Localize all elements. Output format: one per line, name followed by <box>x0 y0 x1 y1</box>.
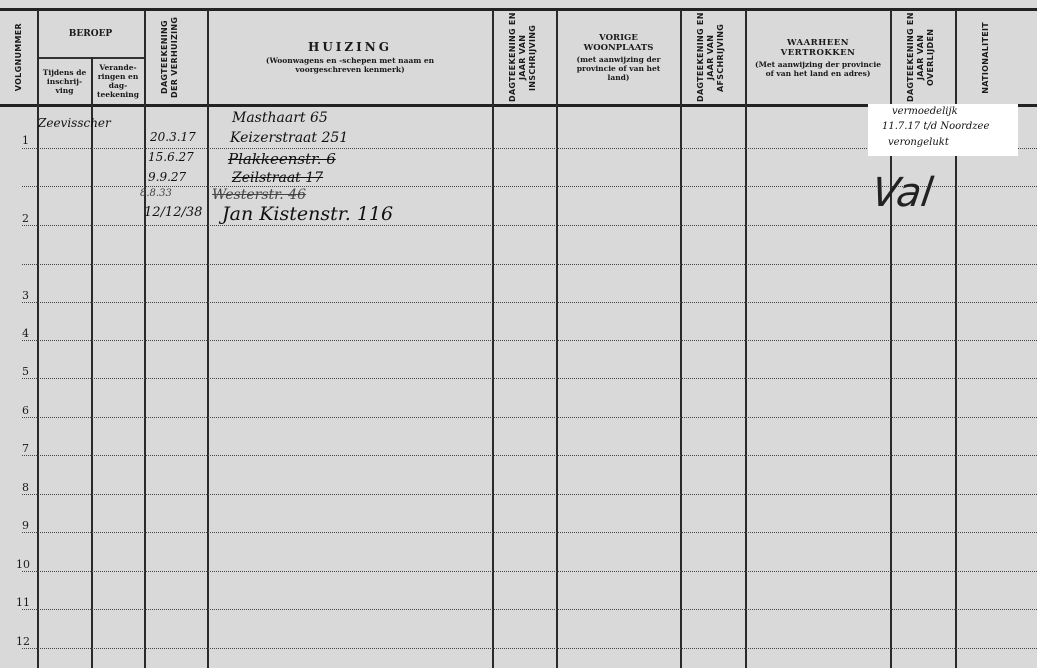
row-number: 9 <box>22 519 29 532</box>
header-beroep-label: BEROEP <box>69 29 112 39</box>
row-line <box>22 609 1037 610</box>
header-dagteekening-verhuizing: DAGTEEKENING DER VERHUIZING <box>145 11 207 104</box>
entry-address: Zeilstraat 17 <box>232 170 323 186</box>
entry-address: Masthaart 65 <box>232 110 328 126</box>
column-divider <box>37 10 39 668</box>
entry-date: 12/12/38 <box>144 205 202 220</box>
header-inschrijving-label: DAGTEEKENING EN JAAR VAN INSCHRIJVING <box>508 11 542 104</box>
header-beroep-veranderingen-label: Verande- ringen en dag- teekening <box>92 63 144 99</box>
header-volgnummer-label: VOLGNUMMER <box>14 23 24 91</box>
row-number: 8 <box>22 481 29 494</box>
row-number: 12 <box>16 635 30 648</box>
row-number: 6 <box>22 404 29 417</box>
row-line <box>22 378 1037 379</box>
column-divider <box>556 10 558 668</box>
entry-date: 15.6.27 <box>148 150 194 164</box>
row-line <box>22 340 1037 341</box>
header-afschrijving-label: DAGTEEKENING EN JAAR VAN AFSCHRIJVING <box>696 11 730 104</box>
header-vorige-title: VORIGE WOONPLAATS <box>579 33 659 53</box>
row-line <box>22 455 1037 456</box>
header-vorige-woonplaats: VORIGE WOONPLAATS (met aanwijzing der pr… <box>557 11 680 104</box>
column-divider <box>745 10 747 668</box>
header-waarheen-title: WAARHEEN VERTROKKEN <box>773 38 863 58</box>
entry-address: Plakkeenstr. 6 <box>228 150 336 168</box>
header-dagteekening-verhuizing-label: DAGTEEKENING DER VERHUIZING <box>160 11 192 104</box>
row-line <box>22 417 1037 418</box>
row-line <box>22 264 1037 265</box>
header-vorige-sub: (met aanwijzing der provincie of van het… <box>571 55 666 82</box>
overlijden-note: vermoedelijk 11.7.17 t/d Noordzee verong… <box>868 104 1018 156</box>
header-waarheen-sub: (Met aanwijzing der provincie of van het… <box>753 60 883 78</box>
entry-date: 8.8.33 <box>140 188 172 199</box>
column-divider <box>680 10 682 668</box>
row-number: 7 <box>22 442 29 455</box>
row-line <box>22 532 1037 533</box>
header-huizing: HUIZING (Woonwagens en -schepen met naam… <box>208 11 492 104</box>
header-huizing-sub: (Woonwagens en -schepen met naam en voor… <box>250 56 450 74</box>
row-number: 3 <box>22 289 29 302</box>
row-number: 5 <box>22 365 29 378</box>
column-divider <box>492 10 494 668</box>
entry-date: 20.3.17 <box>150 130 196 144</box>
header-inschrijving: DAGTEEKENING EN JAAR VAN INSCHRIJVING <box>493 11 556 104</box>
row-number: 10 <box>16 558 30 571</box>
header-volgnummer: VOLGNUMMER <box>0 11 37 104</box>
header-beroep-tijdens-label: Tijdens de inschrij- ving <box>38 68 91 95</box>
column-divider <box>207 10 209 668</box>
header-overlijden-label: DAGTEEKENING EN JAAR VAN OVERLIJDEN <box>906 11 940 104</box>
row-line <box>22 225 1037 226</box>
entry-address: Westerstr. 46 <box>212 187 306 203</box>
note-line: 11.7.17 t/d Noordzee <box>882 121 989 132</box>
header-nationaliteit-label: NATIONALITEIT <box>981 22 991 94</box>
note-line: vermoedelijk <box>892 106 958 117</box>
header-waarheen: WAARHEEN VERTROKKEN (Met aanwijzing der … <box>746 11 890 104</box>
signature: Val <box>869 170 936 216</box>
note-line: verongelukt <box>888 137 949 148</box>
row-number: 2 <box>22 212 29 225</box>
entry-beroep: Zeevisscher <box>38 116 111 130</box>
row-line <box>22 302 1037 303</box>
header-beroep-veranderingen: Verande- ringen en dag- teekening <box>92 58 144 104</box>
row-number: 1 <box>22 134 29 147</box>
entry-date: 9.9.27 <box>148 170 186 184</box>
column-divider <box>144 10 146 668</box>
header-overlijden: DAGTEEKENING EN JAAR VAN OVERLIJDEN <box>891 11 955 104</box>
header-beroep-tijdens: Tijdens de inschrij- ving <box>38 58 91 104</box>
row-number: 4 <box>22 327 29 340</box>
header-beroep: BEROEP <box>37 11 144 57</box>
header-nationaliteit: NATIONALITEIT <box>956 11 1016 104</box>
header-afschrijving: DAGTEEKENING EN JAAR VAN AFSCHRIJVING <box>681 11 745 104</box>
entry-address: Jan Kistenstr. 116 <box>222 203 393 225</box>
row-line <box>22 494 1037 495</box>
row-number: 11 <box>16 596 30 609</box>
header-huizing-title: HUIZING <box>308 42 392 52</box>
row-line <box>22 648 1037 649</box>
entry-address: Keizerstraat 251 <box>230 130 348 146</box>
row-line <box>22 571 1037 572</box>
